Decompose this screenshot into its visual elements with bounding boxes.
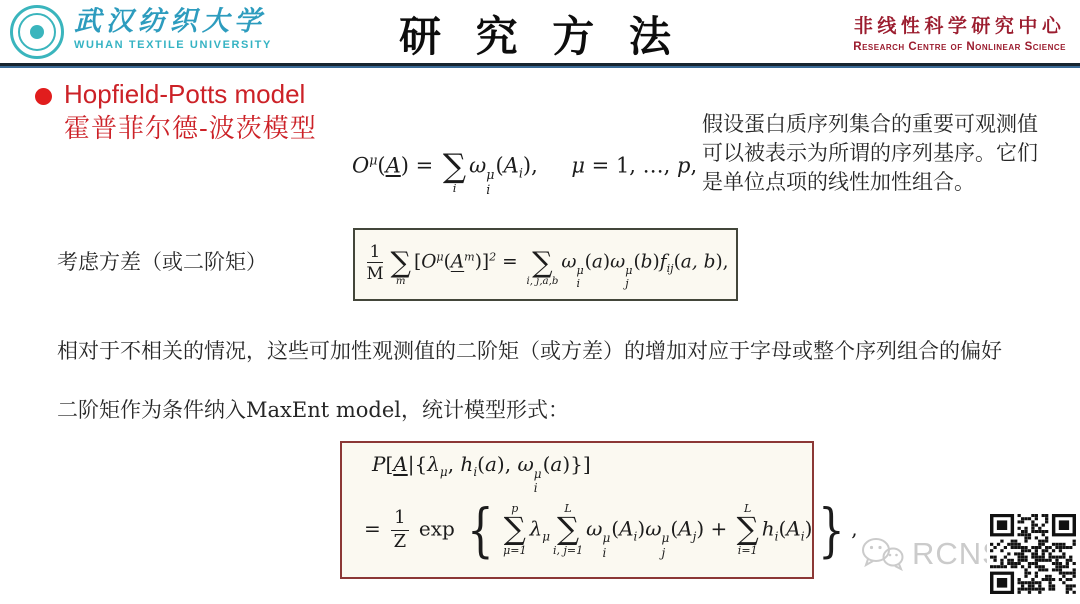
research-centre-en: Research Centre of Nonlinear Science <box>853 41 1066 53</box>
university-logo-ring <box>18 13 56 51</box>
label-variance: 考虑方差（或二阶矩） <box>57 246 267 276</box>
presentation-slide: 武汉纺织大学 WUHAN TEXTILE UNIVERSITY 研 究 方 法 … <box>0 0 1080 604</box>
research-centre-block: 非线性科学研究中心 Research Centre of Nonlinear S… <box>853 11 1066 53</box>
formula-box-second-moment: 1M∑m[Oμ(Am)]2 = ∑i, j,a,bωμi(a)ωμj(b)fij… <box>353 228 738 301</box>
wechat-icon <box>860 536 904 572</box>
formula-maxent-line2: = 1Z exp {p∑μ=1λμL∑i, j=1ωμi(Ai)ωμj(Aj) … <box>364 503 804 560</box>
formula-box-maxent: P[A|{λμ, hi(a), ωμi(a)}] = 1Z exp {p∑μ=1… <box>340 441 814 579</box>
university-name-en: WUHAN TEXTILE UNIVERSITY <box>74 39 272 51</box>
paragraph-correlation: 相对于不相关的情况，这些可加性观测值的二阶矩（或方差）的增加对应于字母或整个序列… <box>57 335 1002 365</box>
formula-second-moment: 1M∑m[Oμ(Am)]2 = ∑i, j,a,bωμi(a)ωμj(b)fij… <box>362 238 728 290</box>
slide-header: 武汉纺织大学 WUHAN TEXTILE UNIVERSITY 研 究 方 法 … <box>0 0 1080 63</box>
bullet-icon <box>35 88 52 105</box>
university-name-cn: 武汉纺织大学 <box>74 7 272 37</box>
paragraph-observable-note: 假设蛋白质序列集合的重要可观测值可以被表示为所谓的序列基序。它们是单位点项的线性… <box>702 110 1076 197</box>
qr-code <box>987 511 1079 597</box>
formula-observable: Oμ(A) = ∑iωμi(Ai),μ = 1, …, p, <box>352 139 697 198</box>
university-name-block: 武汉纺织大学 WUHAN TEXTILE UNIVERSITY <box>74 7 272 51</box>
university-logo-core <box>30 25 44 39</box>
research-centre-cn: 非线性科学研究中心 <box>853 11 1066 38</box>
university-logo <box>10 5 64 59</box>
paragraph-maxent: 二阶矩作为条件纳入MaxEnt model，统计模型形式： <box>57 394 569 424</box>
formula-maxent-line1: P[A|{λμ, hi(a), ωμi(a)}] <box>372 452 804 495</box>
page-title: 研 究 方 法 <box>399 4 681 64</box>
section-heading-cn: 霍普菲尔德-波茨模型 <box>64 108 317 145</box>
section-heading-en: Hopfield-Potts model <box>64 79 305 110</box>
header-divider <box>0 63 1080 68</box>
